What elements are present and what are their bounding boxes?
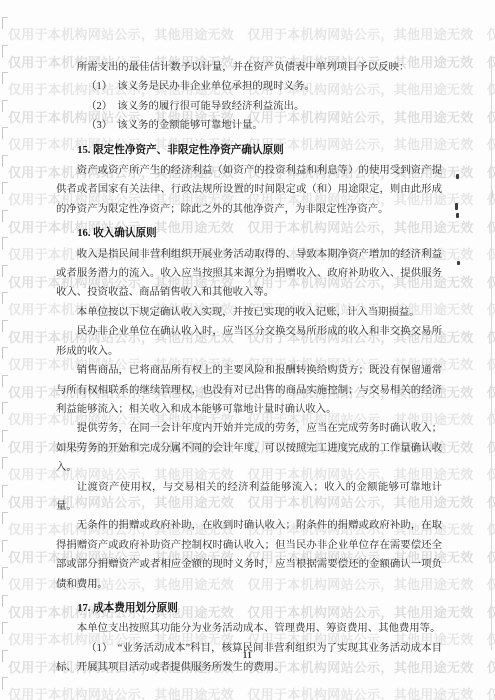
paragraph: 资产或资产所产生的经济利益（如资产的投资利益和利息等）的使用受到资产提供者或者国…: [56, 161, 442, 219]
left-edge-artifact: [2, 622, 8, 634]
scanned-document-page: 仅用于本机构网站公示，其他用途无效 仅用于本机构网站公示，其他用途无效 仅用于本…: [0, 0, 495, 700]
list-item: （3） 该义务的金额能够可靠地计量。: [56, 116, 442, 135]
section-heading: 17. 成本费用划分原则: [56, 599, 442, 618]
scan-speck: [456, 213, 459, 218]
paragraph: 无条件的捐赠或政府补助，在收到时确认收入；附条件的捐赠或政府补助，在取得捐赠资产…: [56, 516, 442, 594]
left-edge-artifact: [2, 155, 8, 167]
scan-speck: [455, 203, 458, 210]
left-edge-artifact: [2, 375, 8, 387]
watermark-row: 仅用于本机构网站公示，其他用途无效 仅用于本机构网站公示，其他用途无效 仅用于本…: [8, 24, 495, 43]
paragraph: 收入是指民间非营利组织开展业务活动取得的、导致本期净资产增加的经济利益或者服务潜…: [56, 245, 442, 303]
paragraph: 本单位按以下规定确认收入实现，并按已实现的收入记账，计入当期损益。: [56, 303, 442, 322]
scan-speck: [457, 261, 460, 265]
left-edge-artifact: [2, 237, 8, 249]
scan-curve-artifact: [485, 186, 493, 202]
left-edge-artifact: [2, 430, 8, 442]
section-heading: 15. 限定性净资产、非限定性净资产确认原则: [56, 141, 442, 160]
left-edge-artifact: [2, 292, 8, 304]
list-item: （2） 该义务的履行很可能导致经济利益流出。: [56, 97, 442, 116]
left-edge-artifact: [2, 595, 8, 607]
scan-speck: [456, 174, 459, 179]
paragraph: 销售商品，已将商品所有权上的主要风险和报酬转换给购货方；既没有保留通常与所有权相…: [56, 361, 442, 419]
left-edge-artifact: [2, 540, 8, 552]
left-edge-artifact: [2, 127, 8, 139]
left-edge-artifact: [2, 512, 8, 524]
left-edge-artifact: [2, 210, 8, 222]
left-edge-artifact: [2, 567, 8, 579]
paragraph: 让渡资产使用权，与交易相关的经济利益能够流入；收入的金额能够可靠地计量。: [56, 478, 442, 517]
paragraph: 所需支出的最佳估计数予以计量，并在资产负债表中单列项目予以反映：: [56, 58, 442, 77]
section-heading: 16. 收入确认原则: [56, 224, 442, 243]
left-edge-artifact: [2, 72, 8, 84]
left-edge-artifact: [2, 100, 8, 112]
paragraph: 民办非企业单位在确认收入时，应当区分交换交易所形成的收入和非交换交易所形成的收入…: [56, 322, 442, 361]
left-edge-artifact: [2, 17, 8, 29]
paragraph: 本单位支出按照其功能分为业务活动成本、管理费用、筹资费用、其他费用等。: [56, 619, 442, 638]
list-item: （1） 该义务是民办非企业单位承担的现时义务。: [56, 77, 442, 96]
left-edge-artifact: [2, 320, 8, 332]
watermark-row: 仅用于本机构网站公示，其他用途无效 仅用于本机构网站公示，其他用途无效 仅用于本…: [8, 684, 495, 700]
left-edge-artifact: [2, 485, 8, 497]
left-edge-artifact: [2, 457, 8, 469]
page-number: 11: [0, 650, 495, 660]
paragraph: 提供劳务，在同一会计年度内开始并完成的劳务，应当在完成劳务时确认收入；如果劳务的…: [56, 419, 442, 477]
left-edge-artifact: [2, 265, 8, 277]
left-edge-artifact: [2, 182, 8, 194]
left-edge-artifact: [2, 402, 8, 414]
right-edge-scan-line: [491, 58, 492, 650]
left-edge-artifact: [2, 45, 8, 57]
document-body: 所需支出的最佳估计数予以计量，并在资产负债表中单列项目予以反映： （1） 该义务…: [56, 58, 442, 678]
left-edge-artifact: [2, 677, 8, 689]
left-edge-artifact: [2, 347, 8, 359]
